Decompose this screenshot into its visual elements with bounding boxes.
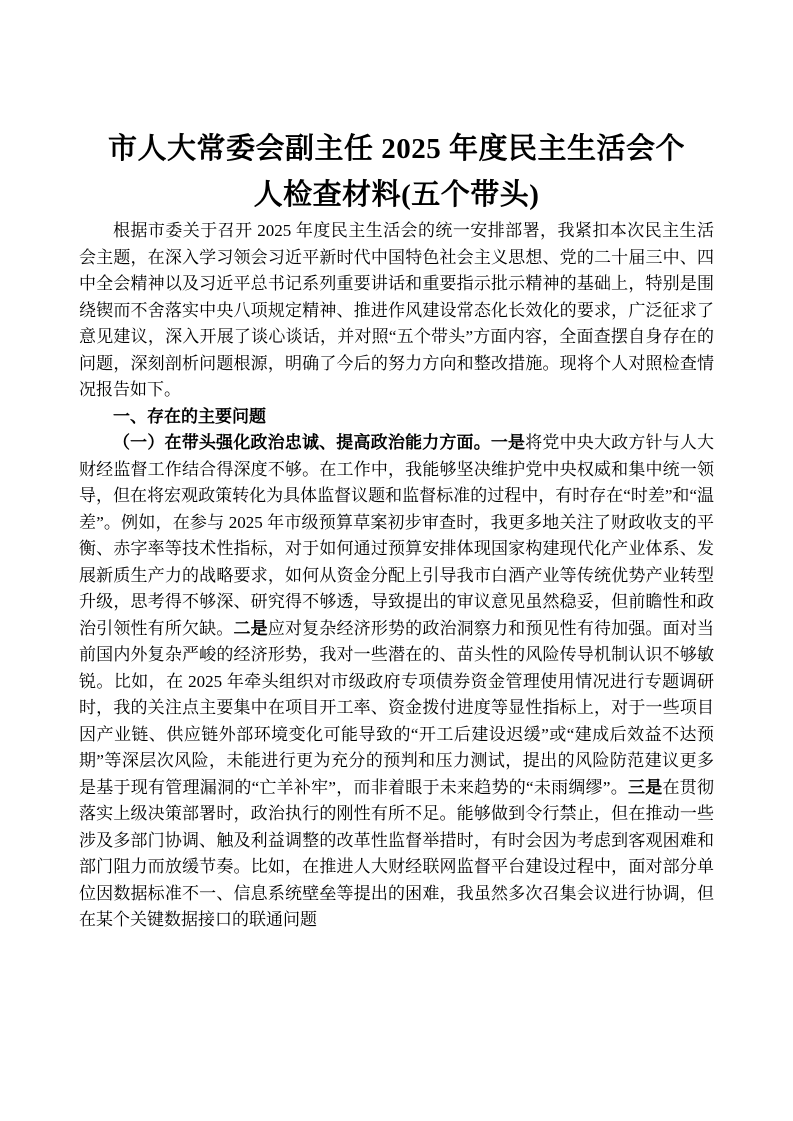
text-run: 将党中央大政方针与人大财经监督工作结合得深度不够。在工作中，我能够坚决维护党中央…: [79, 433, 714, 638]
bold-run: （一）在带头强化政治忠诚、提高政治能力方面。一是: [113, 433, 525, 452]
bold-run: 三是: [628, 778, 663, 797]
bold-run: 二是: [234, 619, 268, 638]
section1-paragraph: （一）在带头强化政治忠诚、提高政治能力方面。一是将党中央大政方针与人大财经监督工…: [79, 430, 714, 934]
title-line-2: 人检查材料(五个带头): [79, 172, 714, 218]
document-title: 市人大常委会副主任 2025 年度民主生活会个 人检查材料(五个带头): [79, 126, 714, 218]
document-body: 根据市委关于召开 2025 年度民主生活会的统一安排部署，我紧扣本次民主生活会主…: [79, 218, 714, 934]
title-line-1: 市人大常委会副主任 2025 年度民主生活会个: [79, 126, 714, 172]
section-heading-main-problems: 一、存在的主要问题: [79, 404, 714, 431]
document-page: 市人大常委会副主任 2025 年度民主生活会个 人检查材料(五个带头) 根据市委…: [0, 0, 793, 1121]
text-run: 在贯彻落实上级决策部署时，政治执行的刚性有所不足。能够做到令行禁止，但在推动一些…: [79, 778, 714, 930]
text-run: 应对复杂经济形势的政治洞察力和预见性有待加强。面对当前国内外复杂严峻的经济形势，…: [79, 619, 714, 797]
intro-paragraph: 根据市委关于召开 2025 年度民主生活会的统一安排部署，我紧扣本次民主生活会主…: [79, 218, 714, 404]
